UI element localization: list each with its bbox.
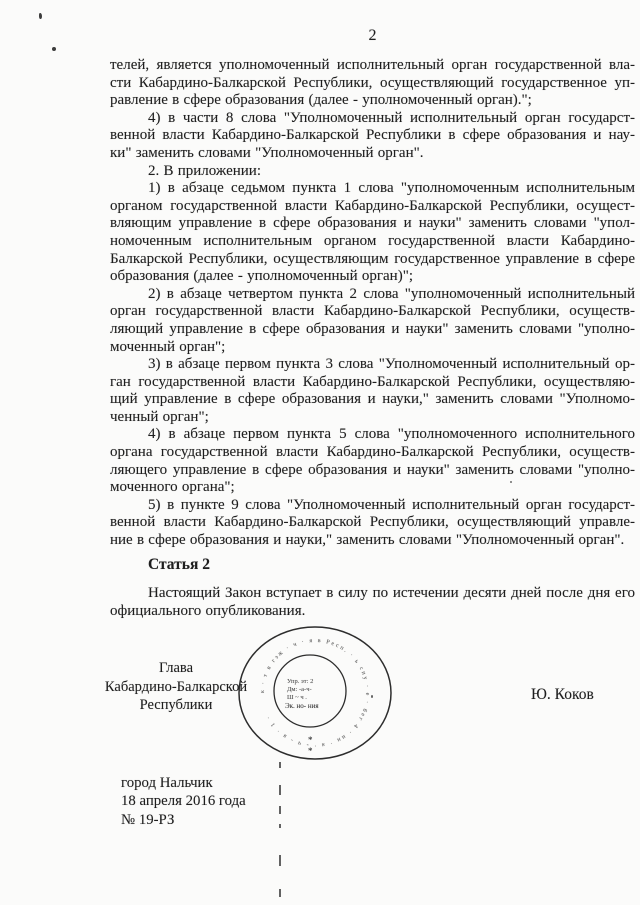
seal-center-text: Ш ~ ч .	[287, 694, 307, 701]
paragraph: 5) в пункте 9 слова "Уполномоченный испо…	[110, 497, 635, 550]
scan-artifact	[279, 824, 281, 828]
text-line: моченный орган";	[110, 339, 635, 357]
text-line: 5) в пункте 9 слова "Уполномоченный испо…	[110, 497, 635, 515]
text-line: ки" заменить словами "Уполномоченный орг…	[110, 145, 635, 163]
text-line: образования (далее - уполномоченный орга…	[110, 268, 635, 286]
text-line: вляющим управление в сфере образования и…	[110, 215, 635, 233]
place-date-number-block: город Нальчик 18 апреля 2016 года № 19-Р…	[121, 774, 246, 829]
article-2-text: Настоящий Закон вступает в силу по истеч…	[110, 585, 635, 620]
document-number: № 19-РЗ	[121, 811, 246, 829]
text-line: ние в сфере образования и науки," замени…	[110, 532, 635, 550]
paragraph: 2) в абзаце четвертом пункта 2 слова "уп…	[110, 286, 635, 356]
paragraph: Настоящий Закон вступает в силу по истеч…	[110, 585, 635, 620]
signatory-name: Ю. Коков	[531, 686, 594, 704]
text-line: органом государственной власти Кабардино…	[110, 198, 635, 216]
text-line: ченный орган";	[110, 409, 635, 427]
signatory-title-block: Глава Кабардино-Балкарской Республики	[101, 659, 251, 715]
text-line: орган государственной власти Кабардино-Б…	[110, 303, 635, 321]
paragraph: 4) в части 8 слова "Уполномоченный испол…	[110, 110, 635, 163]
text-line: официального опубликования.	[110, 603, 635, 621]
signing-date: 18 апреля 2016 года	[121, 792, 246, 810]
seal-center-text: Эк. но- ния	[285, 702, 319, 710]
signatory-title-line: Республики	[101, 696, 251, 715]
text-line: ляющий управление в сфере образования и …	[110, 321, 635, 339]
signatory-title-line: Кабардино-Балкарской	[101, 678, 251, 697]
scan-artifact	[52, 47, 56, 51]
paragraph: 1) в абзаце седьмом пункта 1 слова "упол…	[110, 180, 635, 286]
text-line: венной власти Кабардино-Балкарской Респу…	[110, 514, 635, 532]
page-number: 2	[110, 27, 635, 45]
seal-ring-text: к · т в гэж · ч · я в Респ. · ь спу · е …	[260, 638, 370, 748]
paragraph: 4) в абзаце первом пункта 5 слова "уполн…	[110, 426, 635, 496]
scan-artifact	[279, 889, 281, 897]
seal-center-text: Упр. эт: 2	[287, 678, 313, 685]
scanned-law-page: 2 телей, является уполномоченный исполни…	[0, 0, 640, 905]
paragraph: 3) в абзаце первом пункта 3 слова "Уполн…	[110, 356, 635, 426]
text-line: 2. В приложении:	[110, 163, 635, 181]
text-line: Балкарской Республики, осуществляющим го…	[110, 251, 635, 269]
text-line: 4) в абзаце первом пункта 5 слова "уполн…	[110, 426, 635, 444]
signing-place: город Нальчик	[121, 774, 246, 792]
scan-artifact	[279, 806, 281, 814]
text-line: 2) в абзаце четвертом пункта 2 слова "уп…	[110, 286, 635, 304]
article-2-heading: Статья 2	[110, 556, 635, 574]
seal-star: *	[308, 746, 313, 756]
text-line: органа государственной власти Кабардино-…	[110, 444, 635, 462]
paragraph: телей, является уполномоченный исполните…	[110, 57, 635, 110]
law-amendments-text: телей, является уполномоченный исполните…	[110, 57, 635, 550]
scan-artifact	[39, 13, 42, 19]
scan-artifact	[279, 855, 281, 866]
official-seal-icon: к · т в гэж · ч · я в Респ. · ь спу · е …	[237, 625, 395, 763]
seal-center-text: Дм: -а-ч-	[287, 686, 312, 693]
text-line: 4) в части 8 слова "Уполномоченный испол…	[110, 110, 635, 128]
text-line: сти Кабардино-Балкарской Республики, осу…	[110, 75, 635, 93]
text-line: телей, является уполномоченный исполните…	[110, 57, 635, 75]
text-line: щий управление в сфере образования и нау…	[110, 391, 635, 409]
text-line: венной власти Кабардино-Балкарской Респу…	[110, 127, 635, 145]
scan-artifact	[279, 762, 281, 768]
text-line: ган государственной власти Кабардино-Бал…	[110, 374, 635, 392]
scan-artifact	[510, 481, 512, 483]
text-line: ляющего управление в сфере образования и…	[110, 462, 635, 480]
paragraph: 2. В приложении:	[110, 163, 635, 181]
scan-artifact	[279, 785, 281, 795]
scan-artifact	[371, 695, 373, 698]
text-line: Настоящий Закон вступает в силу по истеч…	[110, 585, 635, 603]
text-line: моченного органа";	[110, 479, 635, 497]
text-line: 1) в абзаце седьмом пункта 1 слова "упол…	[110, 180, 635, 198]
seal-star: *	[308, 735, 313, 745]
text-line: номоченным исполнительным органом госуда…	[110, 233, 635, 251]
text-line: 3) в абзаце первом пункта 3 слова "Уполн…	[110, 356, 635, 374]
signatory-title-line: Глава	[101, 659, 251, 678]
text-line: равление в сфере образования (далее - уп…	[110, 92, 635, 110]
